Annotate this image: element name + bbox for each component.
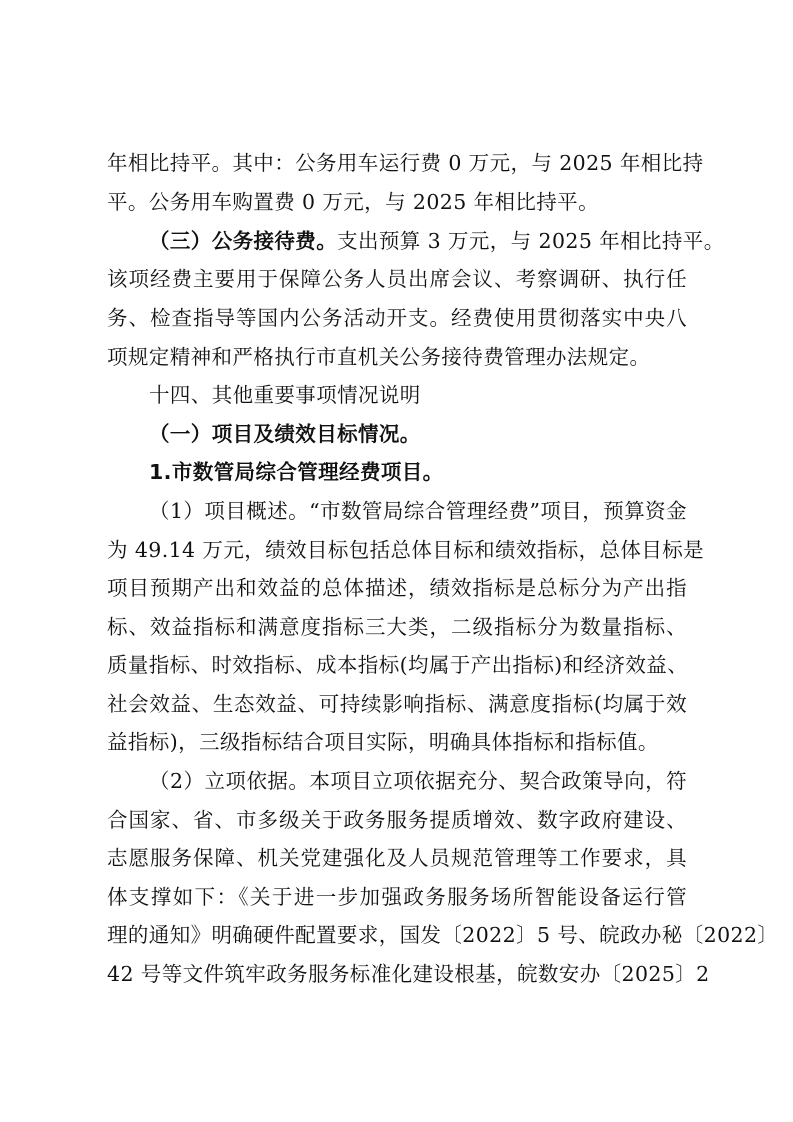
basis-line: 体支撑如下：《关于进一步加强政务服务场所智能设备运行管 <box>107 882 687 912</box>
reception-fee-text: 支出预算 3 万元，与 2025 年相比持平。 <box>337 229 724 253</box>
paragraph-line: 平。公务用车购置费 0 万元，与 2025 年相比持平。 <box>107 187 687 217</box>
paragraph-line: 项规定精神和严格执行市直机关公务接待费管理办法规定。 <box>107 342 687 372</box>
basis-line: 理的通知》明确硬件配置要求，国发〔2022〕5 号、皖政办秘〔2022〕 <box>107 920 687 950</box>
overview-line: 标、效益指标和满意度指标三大类，二级指标分为数量指标、 <box>107 612 687 642</box>
overview-line: 社会效益、生态效益、可持续影响指标、满意度指标(均属于效 <box>107 689 687 719</box>
overview-line: 益指标)，三级指标结合项目实际，明确具体指标和指标值。 <box>107 727 687 757</box>
basis-line: 合国家、省、市多级关于政务服务提质增效、数字政府建设、 <box>107 805 687 835</box>
project-heading: 1.市数管局综合管理经费项目。 <box>149 457 687 487</box>
subsection-heading: （一）项目及绩效目标情况。 <box>149 419 687 449</box>
basis-line: （2）立项依据。本项目立项依据充分、契合政策导向，符 <box>149 766 687 796</box>
basis-line: 志愿服务保障、机关党建强化及人员规范管理等工作要求，具 <box>107 843 687 873</box>
document-page: 年相比持平。其中：公务用车运行费 0 万元，与 2025 年相比持 平。公务用车… <box>0 0 793 1122</box>
overview-line: 项目预期产出和效益的总体描述，绩效指标是总标分为产出指 <box>107 573 687 603</box>
overview-line: （1）项目概述。“市数管局综合管理经费”项目，预算资金 <box>149 496 687 526</box>
reception-fee-title: （三）公务接待费。 <box>149 229 337 253</box>
basis-line: 42 号等文件筑牢政务服务标准化建设根基，皖数安办〔2025〕2 <box>107 959 687 989</box>
paragraph-line: 该项经费主要用于保障公务人员出席会议、考察调研、执行任 <box>107 264 687 294</box>
overview-line: 为 49.14 万元，绩效目标包括总体目标和绩效指标，总体目标是 <box>107 535 687 565</box>
reception-fee-line: （三）公务接待费。支出预算 3 万元，与 2025 年相比持平。 <box>149 226 687 256</box>
paragraph-line: 务、检查指导等国内公务活动开支。经费使用贯彻落实中央八 <box>107 303 687 333</box>
overview-line: 质量指标、时效指标、成本指标(均属于产出指标)和经济效益、 <box>107 650 687 680</box>
section-heading: 十四、其他重要事项情况说明 <box>149 380 687 410</box>
paragraph-line: 年相比持平。其中：公务用车运行费 0 万元，与 2025 年相比持 <box>107 148 687 178</box>
